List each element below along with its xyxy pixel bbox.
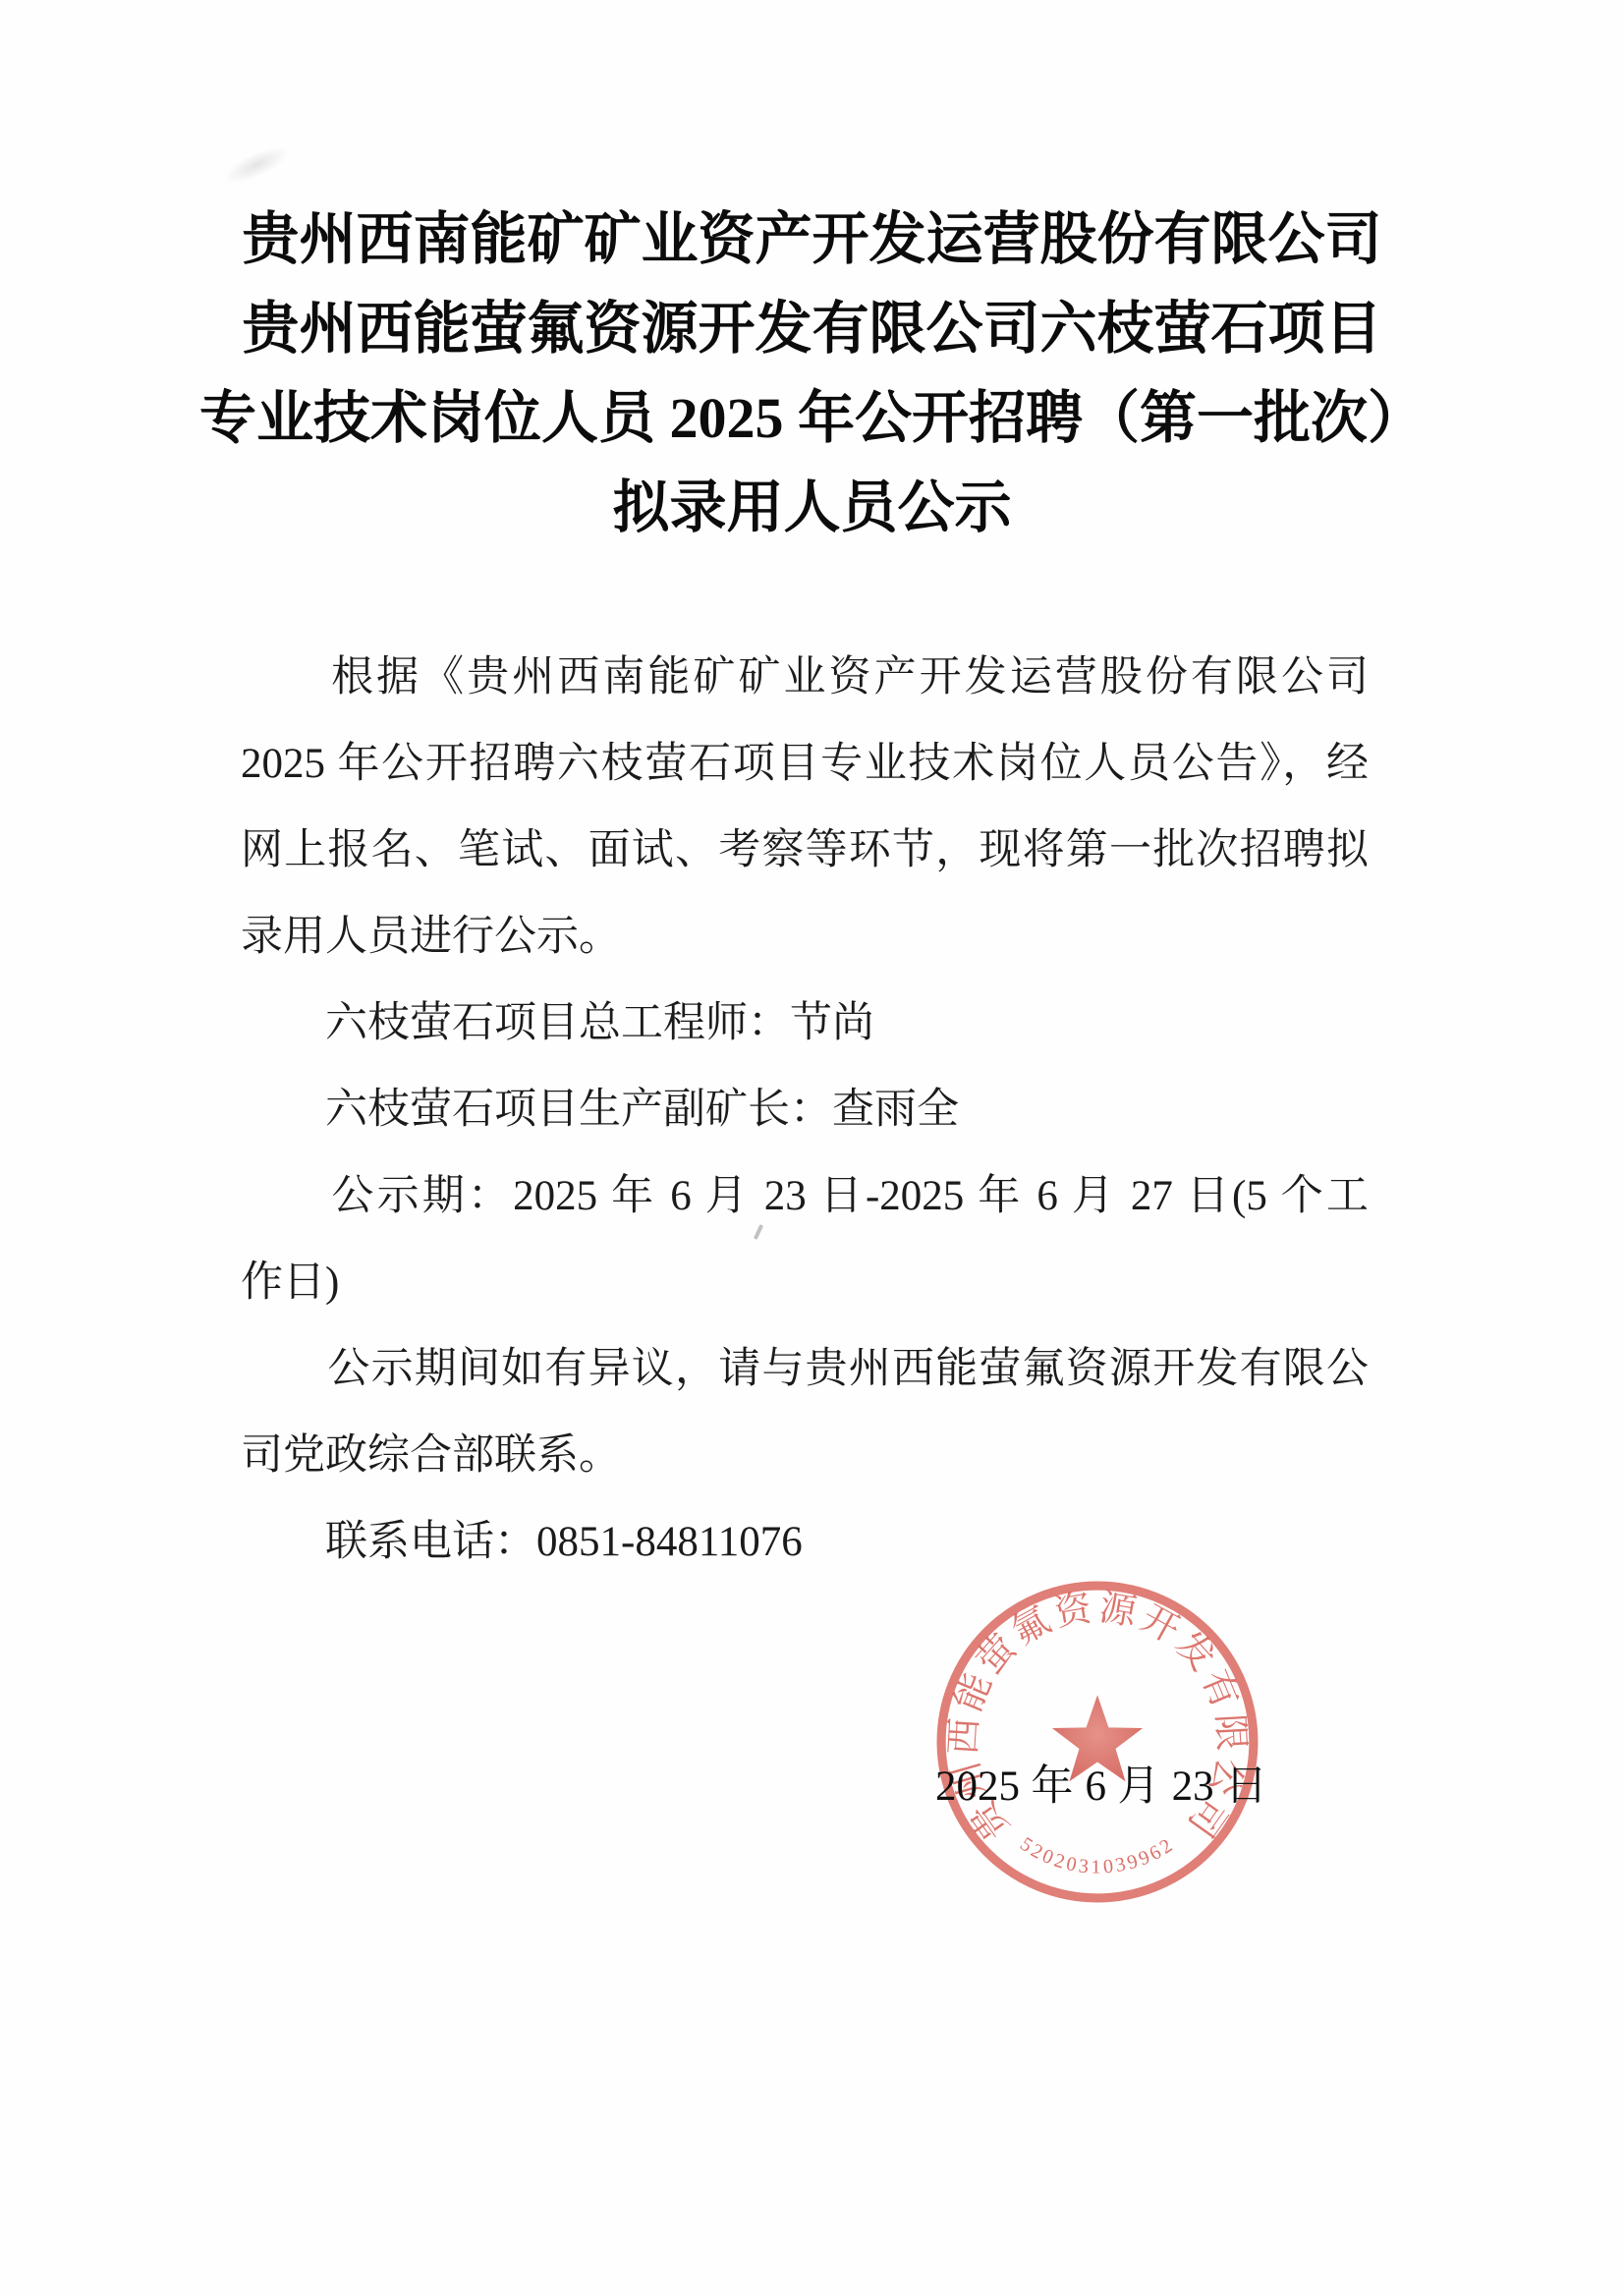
body-line: 根据《贵州西南能矿矿业资产开发运营股份有限公司 [241, 635, 1369, 721]
body-line: 2025 年公开招聘六枝萤石项目专业技术岗位人员公告》，经 [241, 721, 1369, 808]
body-line-phone: 联系电话：0851-84811076 [241, 1499, 1369, 1586]
title-line-2: 贵州西能萤氟资源开发有限公司六枝萤石项目 [0, 284, 1624, 373]
body-line: 网上报名、笔试、面试、考察等环节，现将第一批次招聘拟 [241, 808, 1369, 894]
body-line: 作日) [241, 1240, 1369, 1326]
seal-number-text: 5202031039962 [1016, 1833, 1179, 1878]
title-line-1: 贵州西南能矿矿业资产开发运营股份有限公司 [0, 195, 1624, 284]
scan-smudge [219, 140, 294, 190]
title-line-3: 专业技术岗位人员 2025 年公开招聘（第一批次） [0, 373, 1624, 463]
document-page: 贵州西南能矿矿业资产开发运营股份有限公司 贵州西能萤氟资源开发有限公司六枝萤石项… [0, 0, 1624, 2295]
body-line: 公示期间如有异议，请与贵州西能萤氟资源开发有限公 [241, 1326, 1369, 1413]
body-line-deputy-director: 六枝萤石项目生产副矿长：查雨全 [241, 1067, 1369, 1153]
company-seal: 贵州西能萤氟资源开发有限公司 5202031039962 [933, 1578, 1261, 1906]
title-line-4: 拟录用人员公示 [0, 463, 1624, 552]
body-line-chief-engineer: 六枝萤石项目总工程师：节尚 [241, 980, 1369, 1067]
body-line-public-period: 公示期：2025 年 6 月 23 日-2025 年 6 月 27 日(5 个工 [241, 1153, 1369, 1240]
document-body: 根据《贵州西南能矿矿业资产开发运营股份有限公司 2025 年公开招聘六枝萤石项目… [241, 635, 1369, 1586]
body-line: 司党政综合部联系。 [241, 1413, 1369, 1499]
body-line: 录用人员进行公示。 [241, 894, 1369, 980]
document-title: 贵州西南能矿矿业资产开发运营股份有限公司 贵州西能萤氟资源开发有限公司六枝萤石项… [0, 195, 1624, 552]
document-date: 2025 年 6 月 23 日 [935, 1763, 1267, 1812]
